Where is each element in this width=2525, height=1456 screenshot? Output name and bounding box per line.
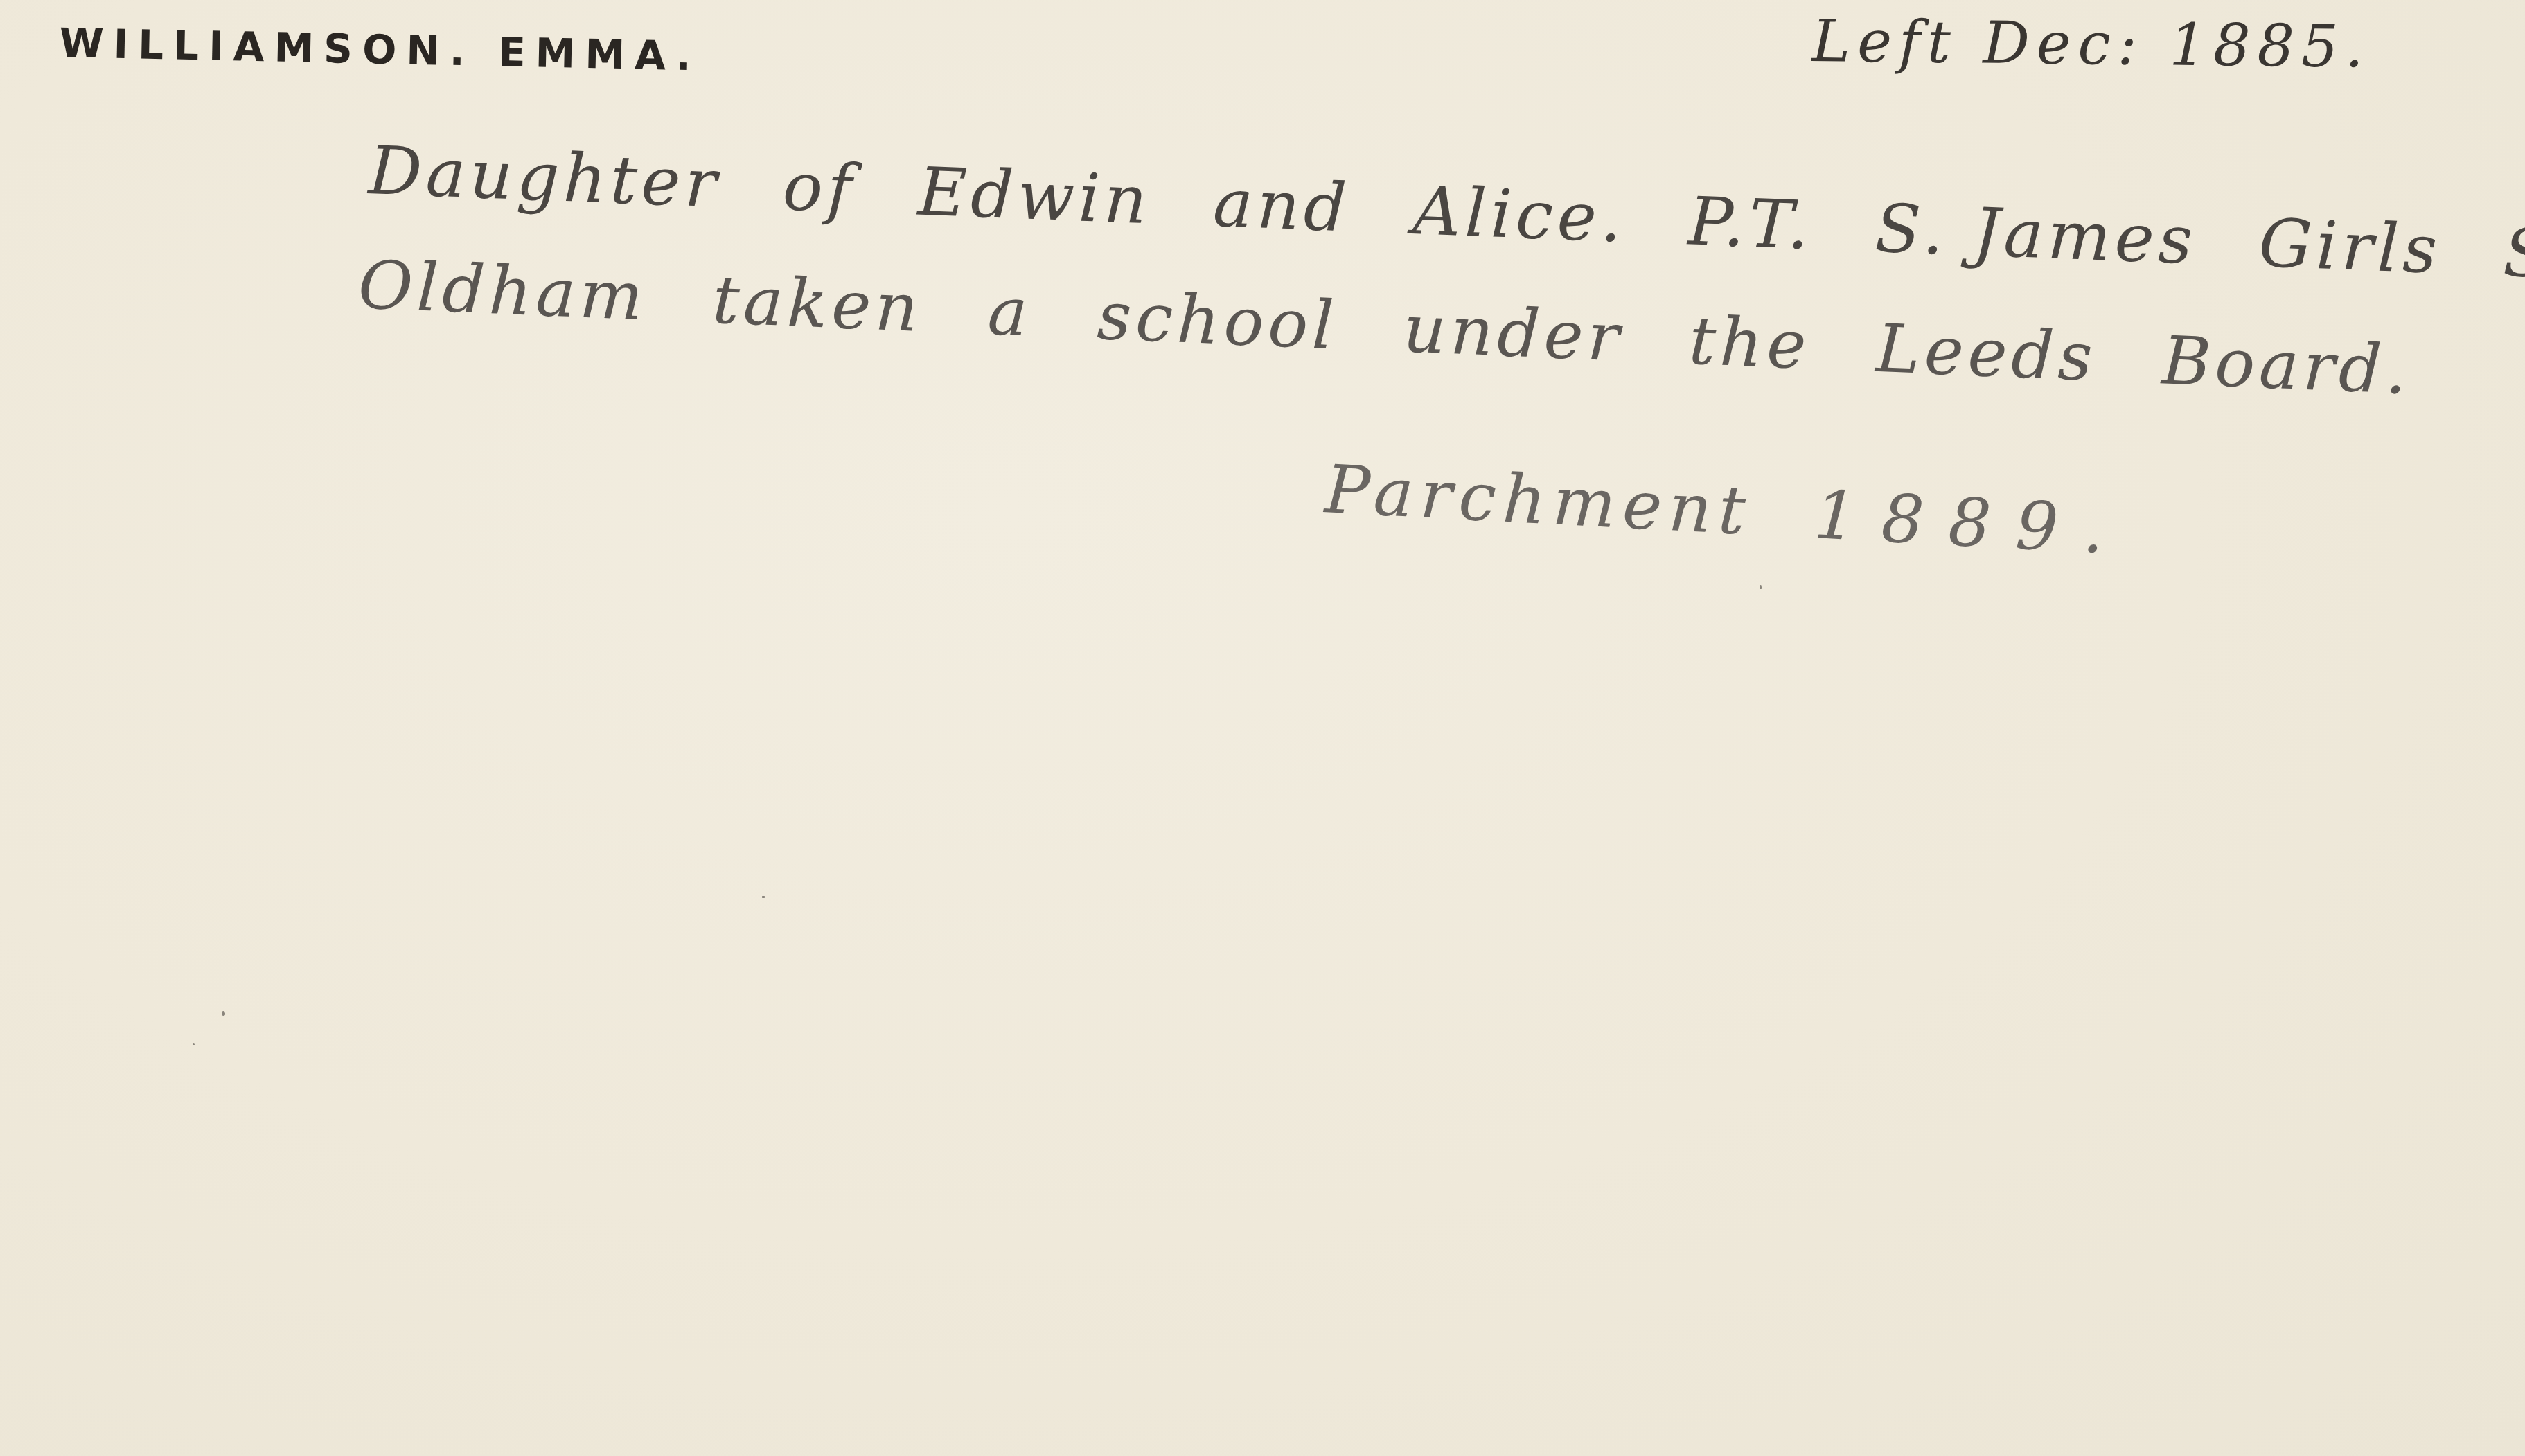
body-word: Daughter [367,132,723,222]
body-word: Edwin [916,153,1152,240]
paper-speck [222,1011,225,1016]
body-word: School [2502,213,2525,301]
paper-speck [193,1043,195,1045]
body-word: Leeds [1875,310,2098,396]
parchment-label: Parchment [1323,450,1754,550]
body-word: a [986,272,1034,352]
body-word: Alice. [1412,172,1628,258]
name-heading: WILLIAMSON. EMMA. [59,19,702,80]
body-word: taken [711,261,924,348]
parchment-year: 1889. [1812,476,2131,570]
body-word: of [781,148,858,228]
body-word: and [1212,164,1352,247]
body-word: P.T. [1687,182,1814,265]
body-word: under [1402,290,1625,376]
body-word: Board. [2161,321,2413,409]
paper-speck [1760,585,1762,589]
body-word: Oldham [357,246,648,335]
body-word: Girls [2258,204,2443,289]
left-date: Left Dec: 1885. [1811,7,2371,80]
body-word: S. James [1874,190,2198,280]
parchment-note: Parchment1889. [1323,450,2131,570]
paper-speck [762,896,765,898]
body-word: school [1096,277,1340,364]
body-word: the [1687,302,1812,384]
record-card: WILLIAMSON. EMMA. Left Dec: 1885. Daught… [0,0,2525,1456]
